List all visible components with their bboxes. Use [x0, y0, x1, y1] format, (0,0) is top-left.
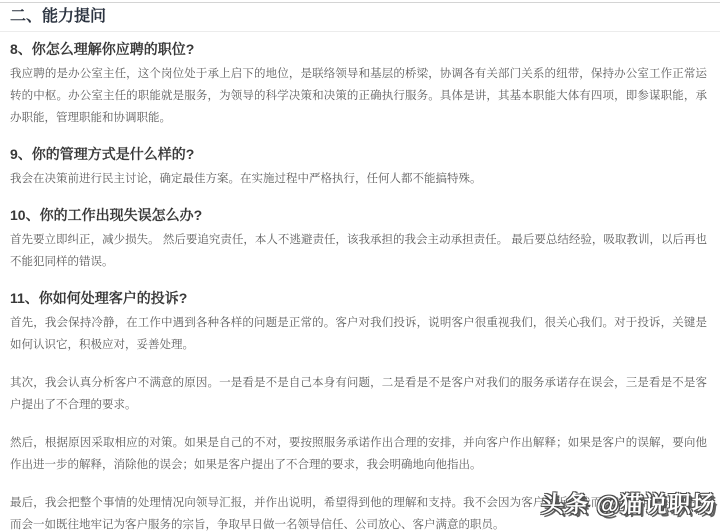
answer-paragraph: 首先，我会保持冷静，在工作中遇到各种各样的问题是正常的。客户对我们投诉，说明客户… [10, 312, 707, 356]
question-heading: 9、你的管理方式是什么样的? [10, 145, 707, 164]
qa-block-q8: 8、你怎么理解你应聘的职位? 我应聘的是办公室主任，这个岗位处于承上启下的地位，… [10, 40, 707, 129]
answer-paragraph: 我应聘的是办公室主任，这个岗位处于承上启下的地位，是联络领导和基层的桥梁，协调各… [10, 63, 707, 129]
section-title: 二、能力提问 [10, 7, 707, 27]
question-heading: 11、你如何处理客户的投诉? [10, 289, 707, 308]
article-page: 二、能力提问 8、你怎么理解你应聘的职位? 我应聘的是办公室主任，这个岗位处于承… [0, 0, 720, 532]
qa-block-q10: 10、你的工作出现失误怎么办? 首先要立即纠正，减少损失。 然后要追究责任，本人… [10, 206, 707, 273]
answer-paragraph: 首先要立即纠正，减少损失。 然后要追究责任，本人不逃避责任，该我承担的我会主动承… [10, 229, 707, 273]
answer-paragraph: 我会在决策前进行民主讨论，确定最佳方案。在实施过程中严格执行，任何人都不能搞特殊… [10, 168, 707, 190]
answer-text: 首先要立即纠正，减少损失。 然后要追究责任，本人不逃避责任，该我承担的我会主动承… [10, 229, 707, 273]
section-divider [0, 31, 720, 32]
question-heading: 8、你怎么理解你应聘的职位? [10, 40, 707, 59]
answer-text: 我会在决策前进行民主讨论，确定最佳方案。在实施过程中严格执行，任何人都不能搞特殊… [10, 168, 707, 190]
article-content: 二、能力提问 8、你怎么理解你应聘的职位? 我应聘的是办公室主任，这个岗位处于承… [0, 0, 720, 532]
toutiao-watermark: 头条 @猫说职场 [541, 486, 717, 519]
question-heading: 10、你的工作出现失误怎么办? [10, 206, 707, 225]
qa-block-q9: 9、你的管理方式是什么样的? 我会在决策前进行民主讨论，确定最佳方案。在实施过程… [10, 145, 707, 190]
answer-text: 我应聘的是办公室主任，这个岗位处于承上启下的地位，是联络领导和基层的桥梁，协调各… [10, 63, 707, 129]
answer-paragraph: 然后，根据原因采取相应的对策。如果是自己的不对，要按照服务承诺作出合理的安排，并… [10, 432, 707, 476]
answer-paragraph: 其次，我会认真分析客户不满意的原因。一是看是不是自己本身有问题，二是看是不是客户… [10, 372, 707, 416]
